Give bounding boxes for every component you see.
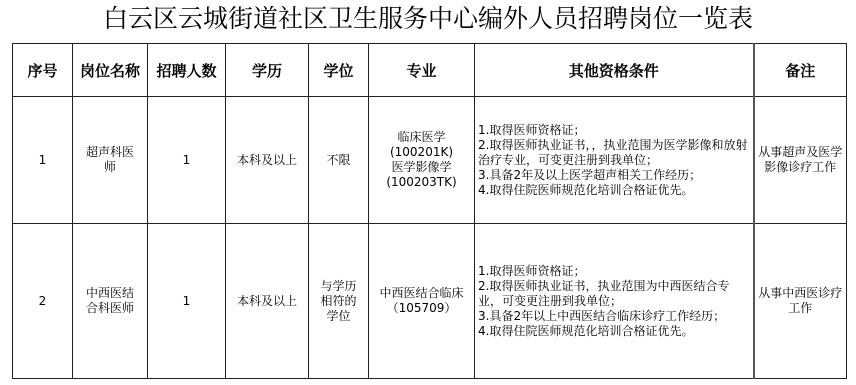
requirement-item: 3.具备2年以上中西医结合临床诊疗工作经历； xyxy=(478,309,753,324)
position-text: 中西医结合科医师 xyxy=(82,286,138,316)
cell-position: 超声科医师 xyxy=(73,97,148,224)
cell-position: 中西医结合科医师 xyxy=(73,224,148,379)
cell-index: 2 xyxy=(13,224,73,379)
header-count: 招聘人数 xyxy=(148,44,226,97)
table-row: 1 超声科医师 1 本科及以上 不限 临床医学 (100201K) 医学影像学 … xyxy=(13,97,847,224)
requirement-item: 4.取得住院医师规范化培训合格证优先。 xyxy=(478,183,753,198)
requirement-item: 3.具备2年及以上医学超声相关工作经历； xyxy=(478,168,753,183)
header-remarks: 备注 xyxy=(754,44,847,97)
recruitment-table: 序号 岗位名称 招聘人数 学历 学位 专业 其他资格条件 备注 1 超声科医师 … xyxy=(12,43,847,379)
major-line: （105709） xyxy=(369,301,474,316)
requirement-item: 4.取得住院医师规范化培训合格证优先。 xyxy=(478,324,753,339)
cell-education: 本科及以上 xyxy=(226,224,309,379)
remarks-text: 从事超声及医学影像诊疗工作 xyxy=(755,145,847,175)
table-header-row: 序号 岗位名称 招聘人数 学历 学位 专业 其他资格条件 备注 xyxy=(13,44,847,97)
cell-index: 1 xyxy=(13,97,73,224)
cell-major: 临床医学 (100201K) 医学影像学 (100203TK) xyxy=(369,97,475,224)
cell-remarks: 从事中西医诊疗工作 xyxy=(754,224,847,379)
cell-education: 本科及以上 xyxy=(226,97,309,224)
position-text: 超声科医师 xyxy=(82,145,138,175)
header-index: 序号 xyxy=(13,44,73,97)
major-line: 中西医结合临床 xyxy=(369,286,474,301)
degree-text: 与学历相符的学位 xyxy=(318,279,360,324)
page-title: 白云区云城街道社区卫生服务中心编外人员招聘岗位一览表 xyxy=(0,2,856,36)
cell-major: 中西医结合临床 （105709） xyxy=(369,224,475,379)
cell-degree: 不限 xyxy=(309,97,369,224)
header-degree: 学位 xyxy=(309,44,369,97)
requirement-item: 2.取得医师执业证书，执业范围为中西医结合专业，可变更注册到我单位； xyxy=(478,279,753,309)
cell-count: 1 xyxy=(148,97,226,224)
major-line: 临床医学 xyxy=(369,130,474,145)
cell-count: 1 xyxy=(148,224,226,379)
requirement-item: 2.取得医师执业证书，，执业范围为医学影像和放射治疗专业，可变更注册到我单位； xyxy=(478,138,753,168)
header-position: 岗位名称 xyxy=(73,44,148,97)
major-line: (100203TK) xyxy=(369,175,474,190)
remarks-text: 从事中西医诊疗工作 xyxy=(755,286,847,316)
table-row: 2 中西医结合科医师 1 本科及以上 与学历相符的学位 中西医结合临床 （105… xyxy=(13,224,847,379)
header-major: 专业 xyxy=(369,44,475,97)
header-requirements: 其他资格条件 xyxy=(475,44,754,97)
cell-requirements: 1.取得医师资格证； 2.取得医师执业证书，执业范围为中西医结合专业，可变更注册… xyxy=(475,224,754,379)
major-line: (100201K) xyxy=(369,145,474,160)
header-education: 学历 xyxy=(226,44,309,97)
requirement-item: 1.取得医师资格证； xyxy=(478,264,753,279)
cell-requirements: 1.取得医师资格证； 2.取得医师执业证书，，执业范围为医学影像和放射治疗专业，… xyxy=(475,97,754,224)
cell-remarks: 从事超声及医学影像诊疗工作 xyxy=(754,97,847,224)
requirement-item: 1.取得医师资格证； xyxy=(478,123,753,138)
major-line: 医学影像学 xyxy=(369,160,474,175)
cell-degree: 与学历相符的学位 xyxy=(309,224,369,379)
